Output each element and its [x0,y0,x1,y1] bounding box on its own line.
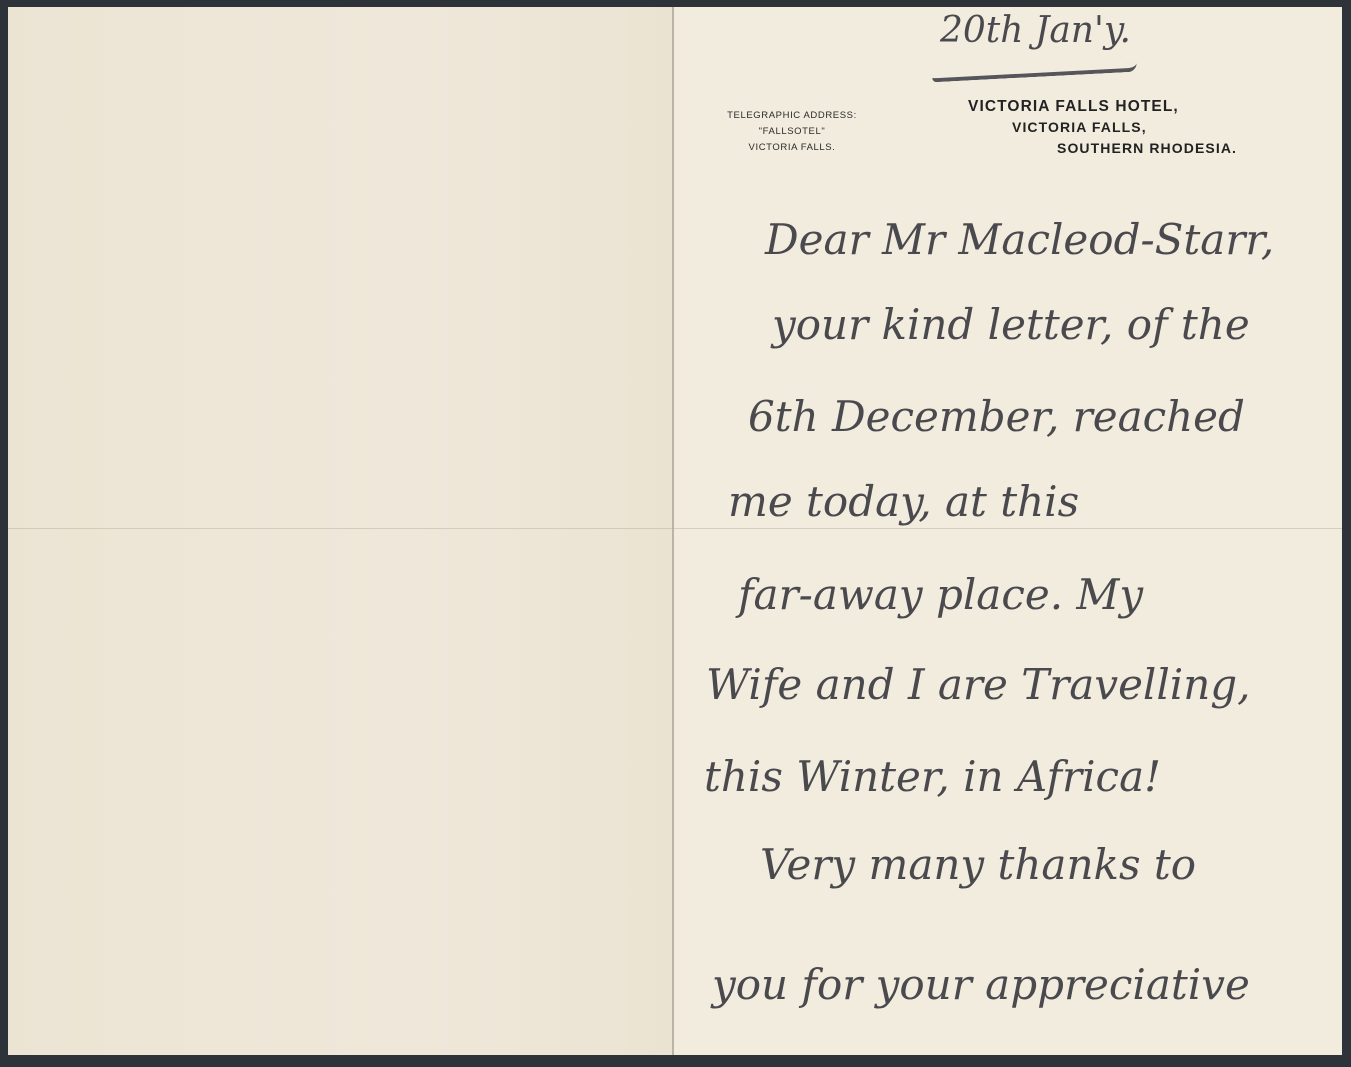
letter-right-page [674,7,1342,1055]
blank-left-page [8,7,672,1055]
hotel-letterhead: VICTORIA FALLS HOTEL, VICTORIA FALLS, SO… [960,96,1300,159]
horizontal-fold-crease [8,528,1342,529]
body-line: your kind letter, of the [772,300,1250,349]
hotel-country: SOUTHERN RHODESIA. [1057,138,1300,159]
telegraphic-address: TELEGRAPHIC ADDRESS: "FALLSOTEL" VICTORI… [702,108,882,156]
telegraphic-label: TELEGRAPHIC ADDRESS: [702,108,882,124]
hotel-name: VICTORIA FALLS HOTEL, [968,96,1300,117]
handwritten-date: 20th Jan'y. [940,10,1131,51]
telegraphic-place: VICTORIA FALLS. [702,140,882,156]
letter-sheet [8,7,1342,1055]
body-line: me today, at this [728,477,1079,526]
salutation-line: Dear Mr Macleod-Starr, [765,215,1274,264]
body-line: you for your appreciative [712,960,1250,1009]
body-line: Wife and I are Travelling, [706,660,1251,709]
body-line: far-away place. My [738,570,1143,619]
body-line: Very many thanks to [760,840,1196,889]
body-line: 6th December, reached [748,392,1245,441]
telegraphic-code: "FALLSOTEL" [702,124,882,140]
body-line: this Winter, in Africa! [704,752,1161,801]
hotel-city: VICTORIA FALLS, [1012,117,1300,138]
vertical-fold-crease [672,7,674,1055]
